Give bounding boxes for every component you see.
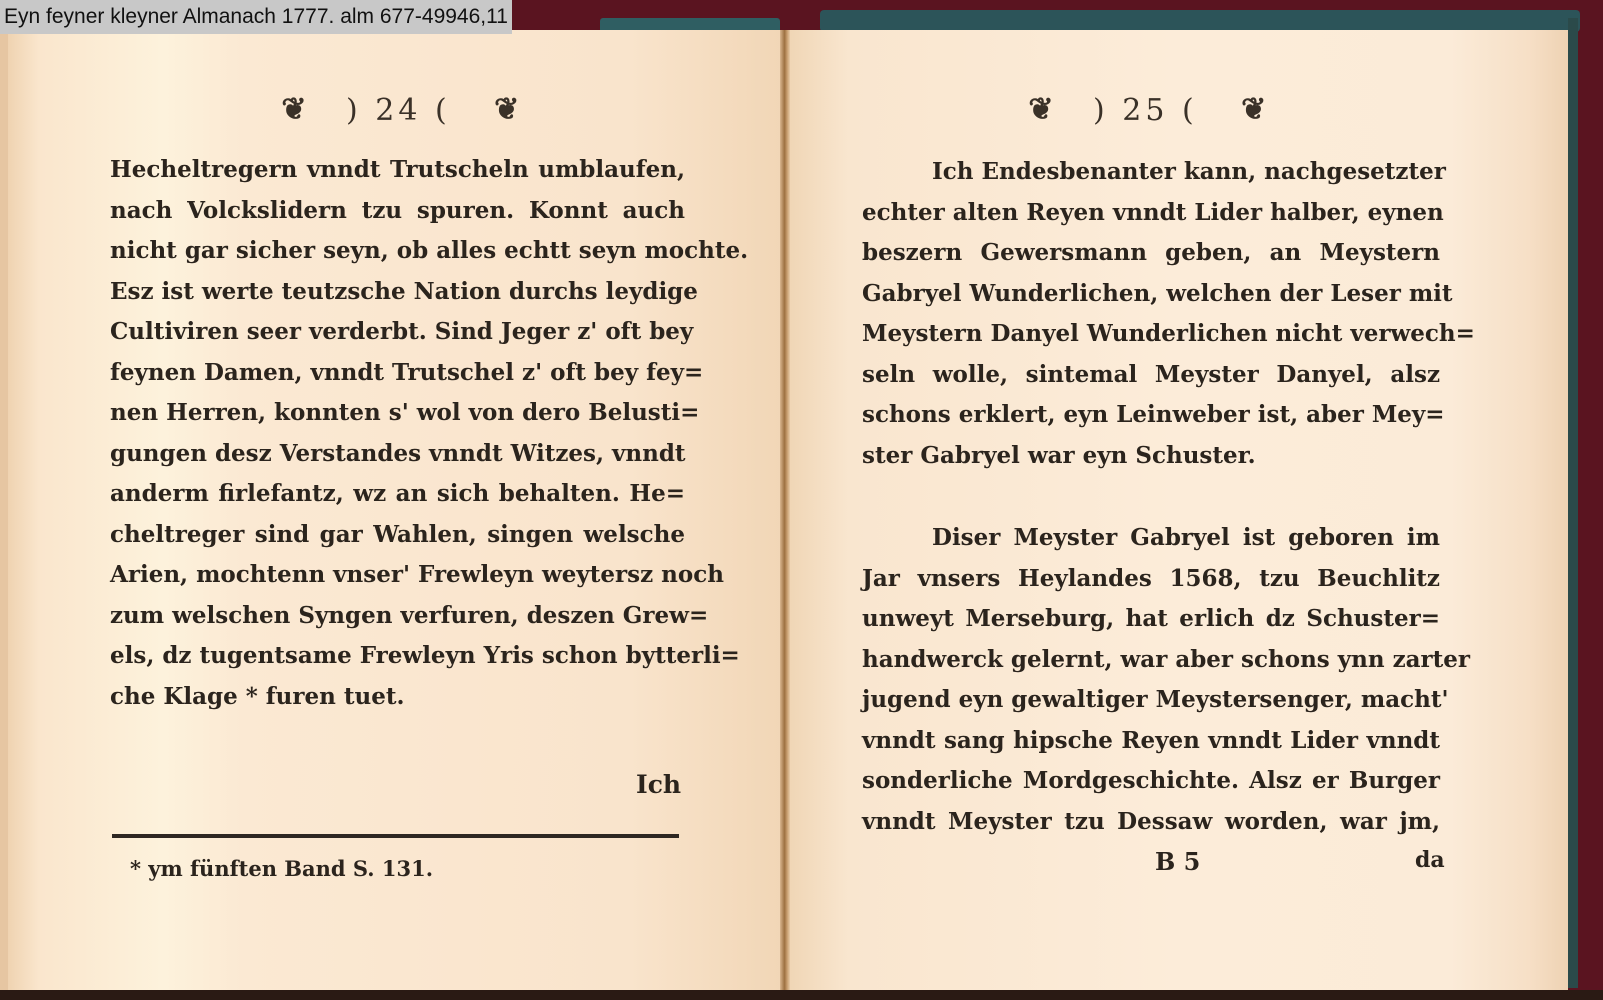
text-line: nen Herren, konnten s' wol von dero Belu… (110, 393, 685, 434)
catchword: da (1415, 847, 1445, 873)
book-gutter (780, 30, 790, 992)
text-line: Arien, mochtenn vnser' Frewleyn weytersz… (110, 555, 685, 596)
right-page-paragraph-1: Ich Endesbenanter kann, nachgesetzter ec… (862, 152, 1440, 476)
page-number: ) 24 ( (346, 93, 451, 128)
signature-mark: B 5 (1155, 847, 1200, 876)
text-line: Cultiviren seer verderbt. Sind Jeger z' … (110, 312, 685, 353)
text-line: unweyt Merseburg, hat erlich dz Schuster… (862, 599, 1440, 640)
text-line: Ich Endesbenanter kann, nachgesetzter (862, 152, 1440, 193)
text-line: gungen desz Verstandes vnndt Witzes, vnn… (110, 434, 685, 475)
text-line: seln wolle, sintemal Meyster Danyel, als… (862, 355, 1440, 396)
fleuron-ornament-icon: ❦ (268, 92, 316, 128)
book-cover-edge (1568, 18, 1578, 988)
text-line: schons erklert, eyn Leinweber ist, aber … (862, 395, 1440, 436)
text-line: sonderliche Mordgeschichte. Alsz er Burg… (862, 761, 1440, 802)
text-line: nach Volckslidern tzu spuren. Konnt auch (110, 191, 685, 232)
fleuron-ornament-icon: ❦ (1228, 92, 1276, 128)
book-cover-edge (820, 10, 1580, 32)
text-line: Meystern Danyel Wunderlichen nicht verwe… (862, 314, 1440, 355)
book-cover-edge (0, 990, 1603, 1000)
fleuron-ornament-icon: ❦ (1015, 92, 1063, 128)
left-page-header: ❦ ) 24 ( ❦ (268, 92, 529, 128)
text-line: vnndt Meyster tzu Dessaw worden, war jm, (862, 802, 1440, 843)
text-line: Jar vnsers Heylandes 1568, tzu Beuchlitz (862, 559, 1440, 600)
text-line: els, dz tugentsame Frewleyn Yris schon b… (110, 636, 685, 677)
text-line: feynen Damen, vnndt Trutschel z' oft bey… (110, 353, 685, 394)
text-line: zum welschen Syngen verfuren, deszen Gre… (110, 596, 685, 637)
text-line: ster Gabryel war eyn Schuster. (862, 436, 1440, 477)
catchword: Ich (636, 770, 681, 799)
open-book-scan: ❦ ) 24 ( ❦ Hecheltregern vnndt Trutschel… (0, 0, 1603, 1000)
page-number: ) 25 ( (1093, 93, 1198, 128)
text-line: Diser Meyster Gabryel ist geboren im (862, 518, 1440, 559)
text-line: anderm firlefantz, wz an sich behalten. … (110, 474, 685, 515)
fleuron-ornament-icon: ❦ (481, 92, 529, 128)
text-line: che Klage * furen tuet. (110, 677, 685, 718)
text-line: jugend eyn gewaltiger Meystersenger, mac… (862, 680, 1440, 721)
footnote-rule (112, 834, 679, 838)
text-line: echter alten Reyen vnndt Lider halber, e… (862, 193, 1440, 234)
right-page-header: ❦ ) 25 ( ❦ (1015, 92, 1276, 128)
footnote: * ym fünften Band S. 131. (130, 856, 433, 881)
text-line: nicht gar sicher seyn, ob alles echtt se… (110, 231, 685, 272)
text-line: vnndt sang hipsche Reyen vnndt Lider vnn… (862, 721, 1440, 762)
text-line: Esz ist werte teutzsche Nation durchs le… (110, 272, 685, 313)
left-page-text: Hecheltregern vnndt Trutscheln umblaufen… (110, 150, 685, 717)
image-caption: Eyn feyner kleyner Almanach 1777. alm 67… (0, 0, 512, 34)
text-line: handwerck gelernt, war aber schons ynn z… (862, 640, 1440, 681)
text-line: Gabryel Wunderlichen, welchen der Leser … (862, 274, 1440, 315)
text-line: Hecheltregern vnndt Trutscheln umblaufen… (110, 150, 685, 191)
text-line: cheltreger sind gar Wahlen, singen welsc… (110, 515, 685, 556)
text-line: beszern Gewersmann geben, an Meystern (862, 233, 1440, 274)
right-page-paragraph-2: Diser Meyster Gabryel ist geboren im Jar… (862, 518, 1440, 842)
